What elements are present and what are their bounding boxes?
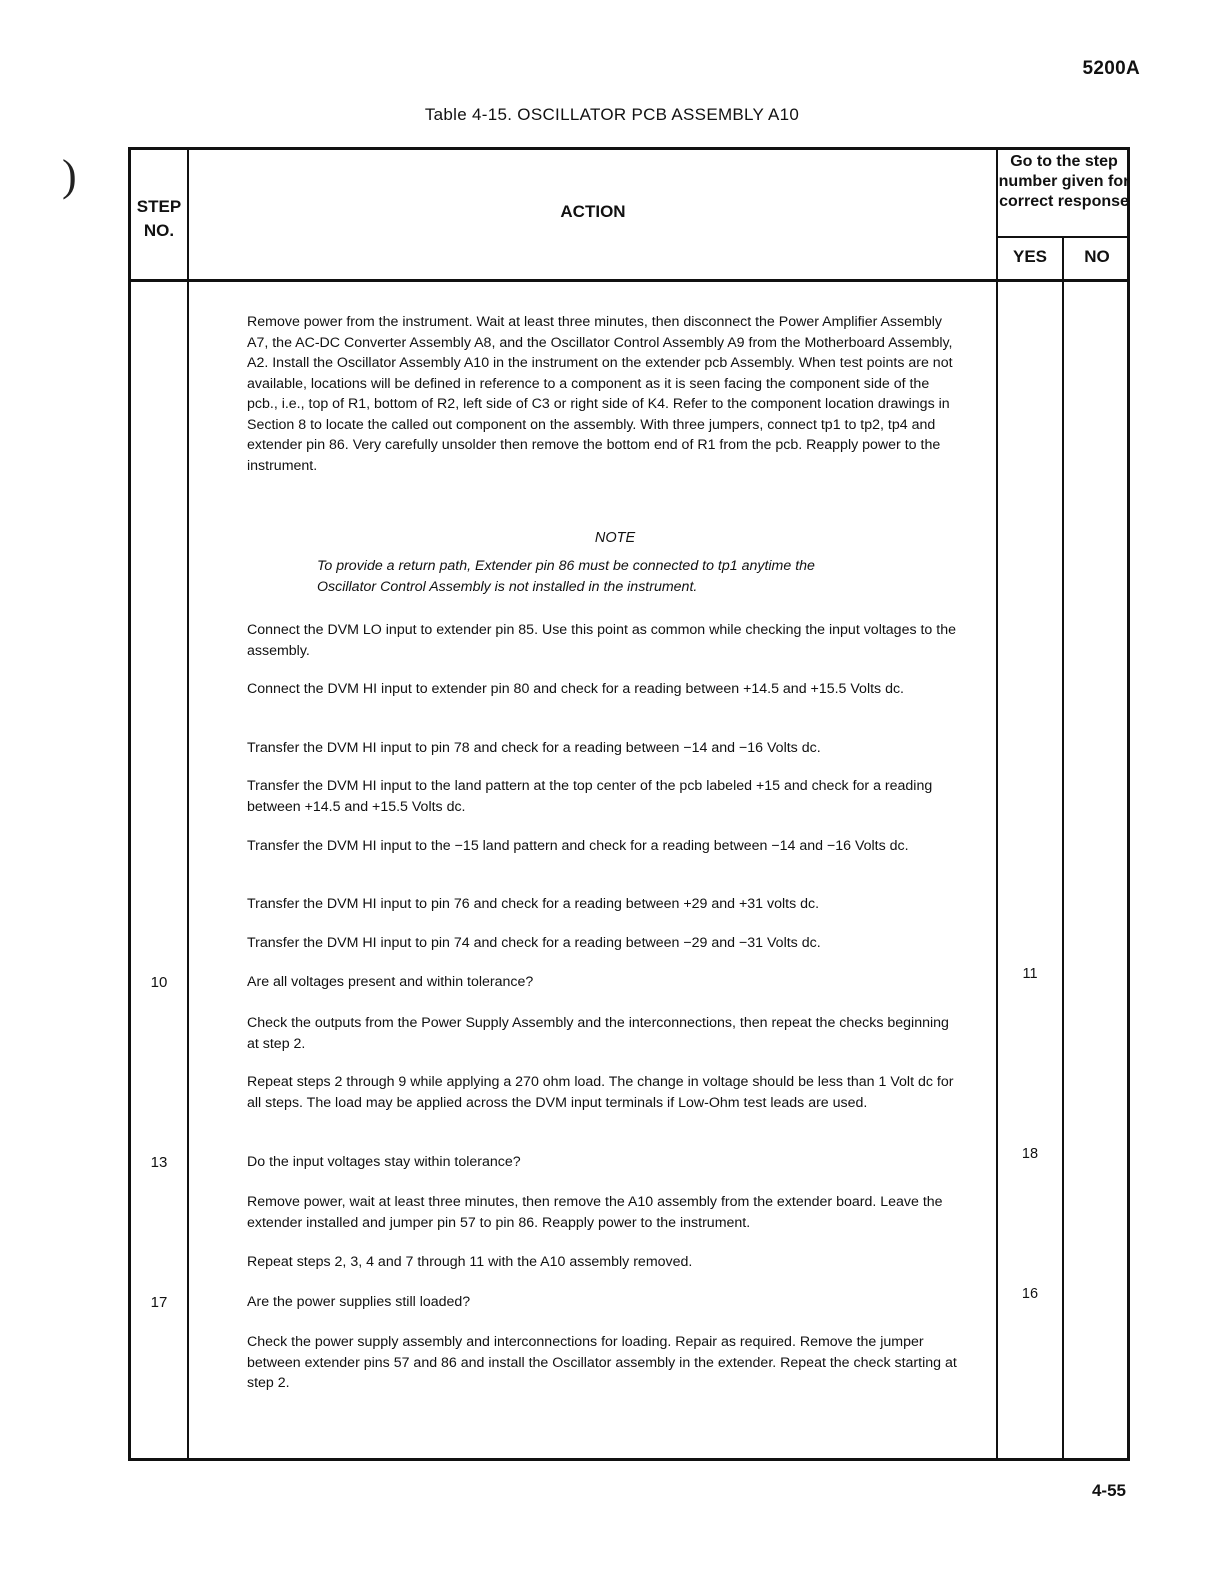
step-action: Remove power from the instrument. Wait a… — [247, 312, 962, 476]
note-title: NOTE — [190, 530, 1040, 546]
step-action: Transfer the DVM HI input to the land pa… — [247, 776, 962, 817]
step-action: Are the power supplies still loaded? — [247, 1292, 962, 1313]
yes-goto: 16 — [998, 1286, 1062, 1302]
step-action: Check the outputs from the Power Supply … — [247, 1013, 962, 1054]
step-action: Are all voltages present and within tole… — [247, 972, 962, 993]
step-action: Repeat steps 2 through 9 while applying … — [247, 1072, 962, 1113]
header-step-no: STEP NO. — [130, 195, 188, 243]
model-number: 5200A — [1083, 58, 1141, 80]
step-action: Transfer the DVM HI input to pin 74 and … — [247, 933, 962, 954]
divider-action-yes — [996, 150, 998, 1461]
divider-header-body — [130, 279, 1130, 282]
divider-goto-yesno — [996, 236, 1130, 238]
step-action: Connect the DVM HI input to extender pin… — [247, 679, 962, 700]
step-number: 17 — [130, 1294, 188, 1311]
header-action: ACTION — [190, 202, 996, 222]
step-action: Check the power supply assembly and inte… — [247, 1332, 962, 1394]
step-action: Transfer the DVM HI input to the −15 lan… — [247, 836, 962, 857]
table-title: Table 4-15. OSCILLATOR PCB ASSEMBLY A10 — [0, 105, 1224, 125]
yes-goto: 18 — [998, 1146, 1062, 1162]
step-action: Do the input voltages stay within tolera… — [247, 1152, 962, 1173]
header-goto: Go to the step number given for correct … — [998, 152, 1130, 212]
step-action: Transfer the DVM HI input to pin 76 and … — [247, 894, 962, 915]
note-body: To provide a return path, Extender pin 8… — [317, 556, 877, 597]
step-action: Connect the DVM LO input to extender pin… — [247, 620, 962, 661]
margin-mark: ) — [62, 150, 77, 201]
step-action: Transfer the DVM HI input to pin 78 and … — [247, 738, 962, 759]
step-action: Remove power, wait at least three minute… — [247, 1192, 962, 1233]
header-no: NO — [1064, 247, 1130, 267]
header-yes: YES — [998, 247, 1062, 267]
step-number: 10 — [130, 974, 188, 991]
page-number: 4-55 — [1092, 1481, 1126, 1501]
step-number: 13 — [130, 1154, 188, 1171]
divider-step-action — [187, 150, 189, 1461]
yes-goto: 11 — [998, 966, 1062, 982]
step-action: Repeat steps 2, 3, 4 and 7 through 11 wi… — [247, 1252, 962, 1273]
divider-yes-no — [1062, 237, 1064, 1461]
